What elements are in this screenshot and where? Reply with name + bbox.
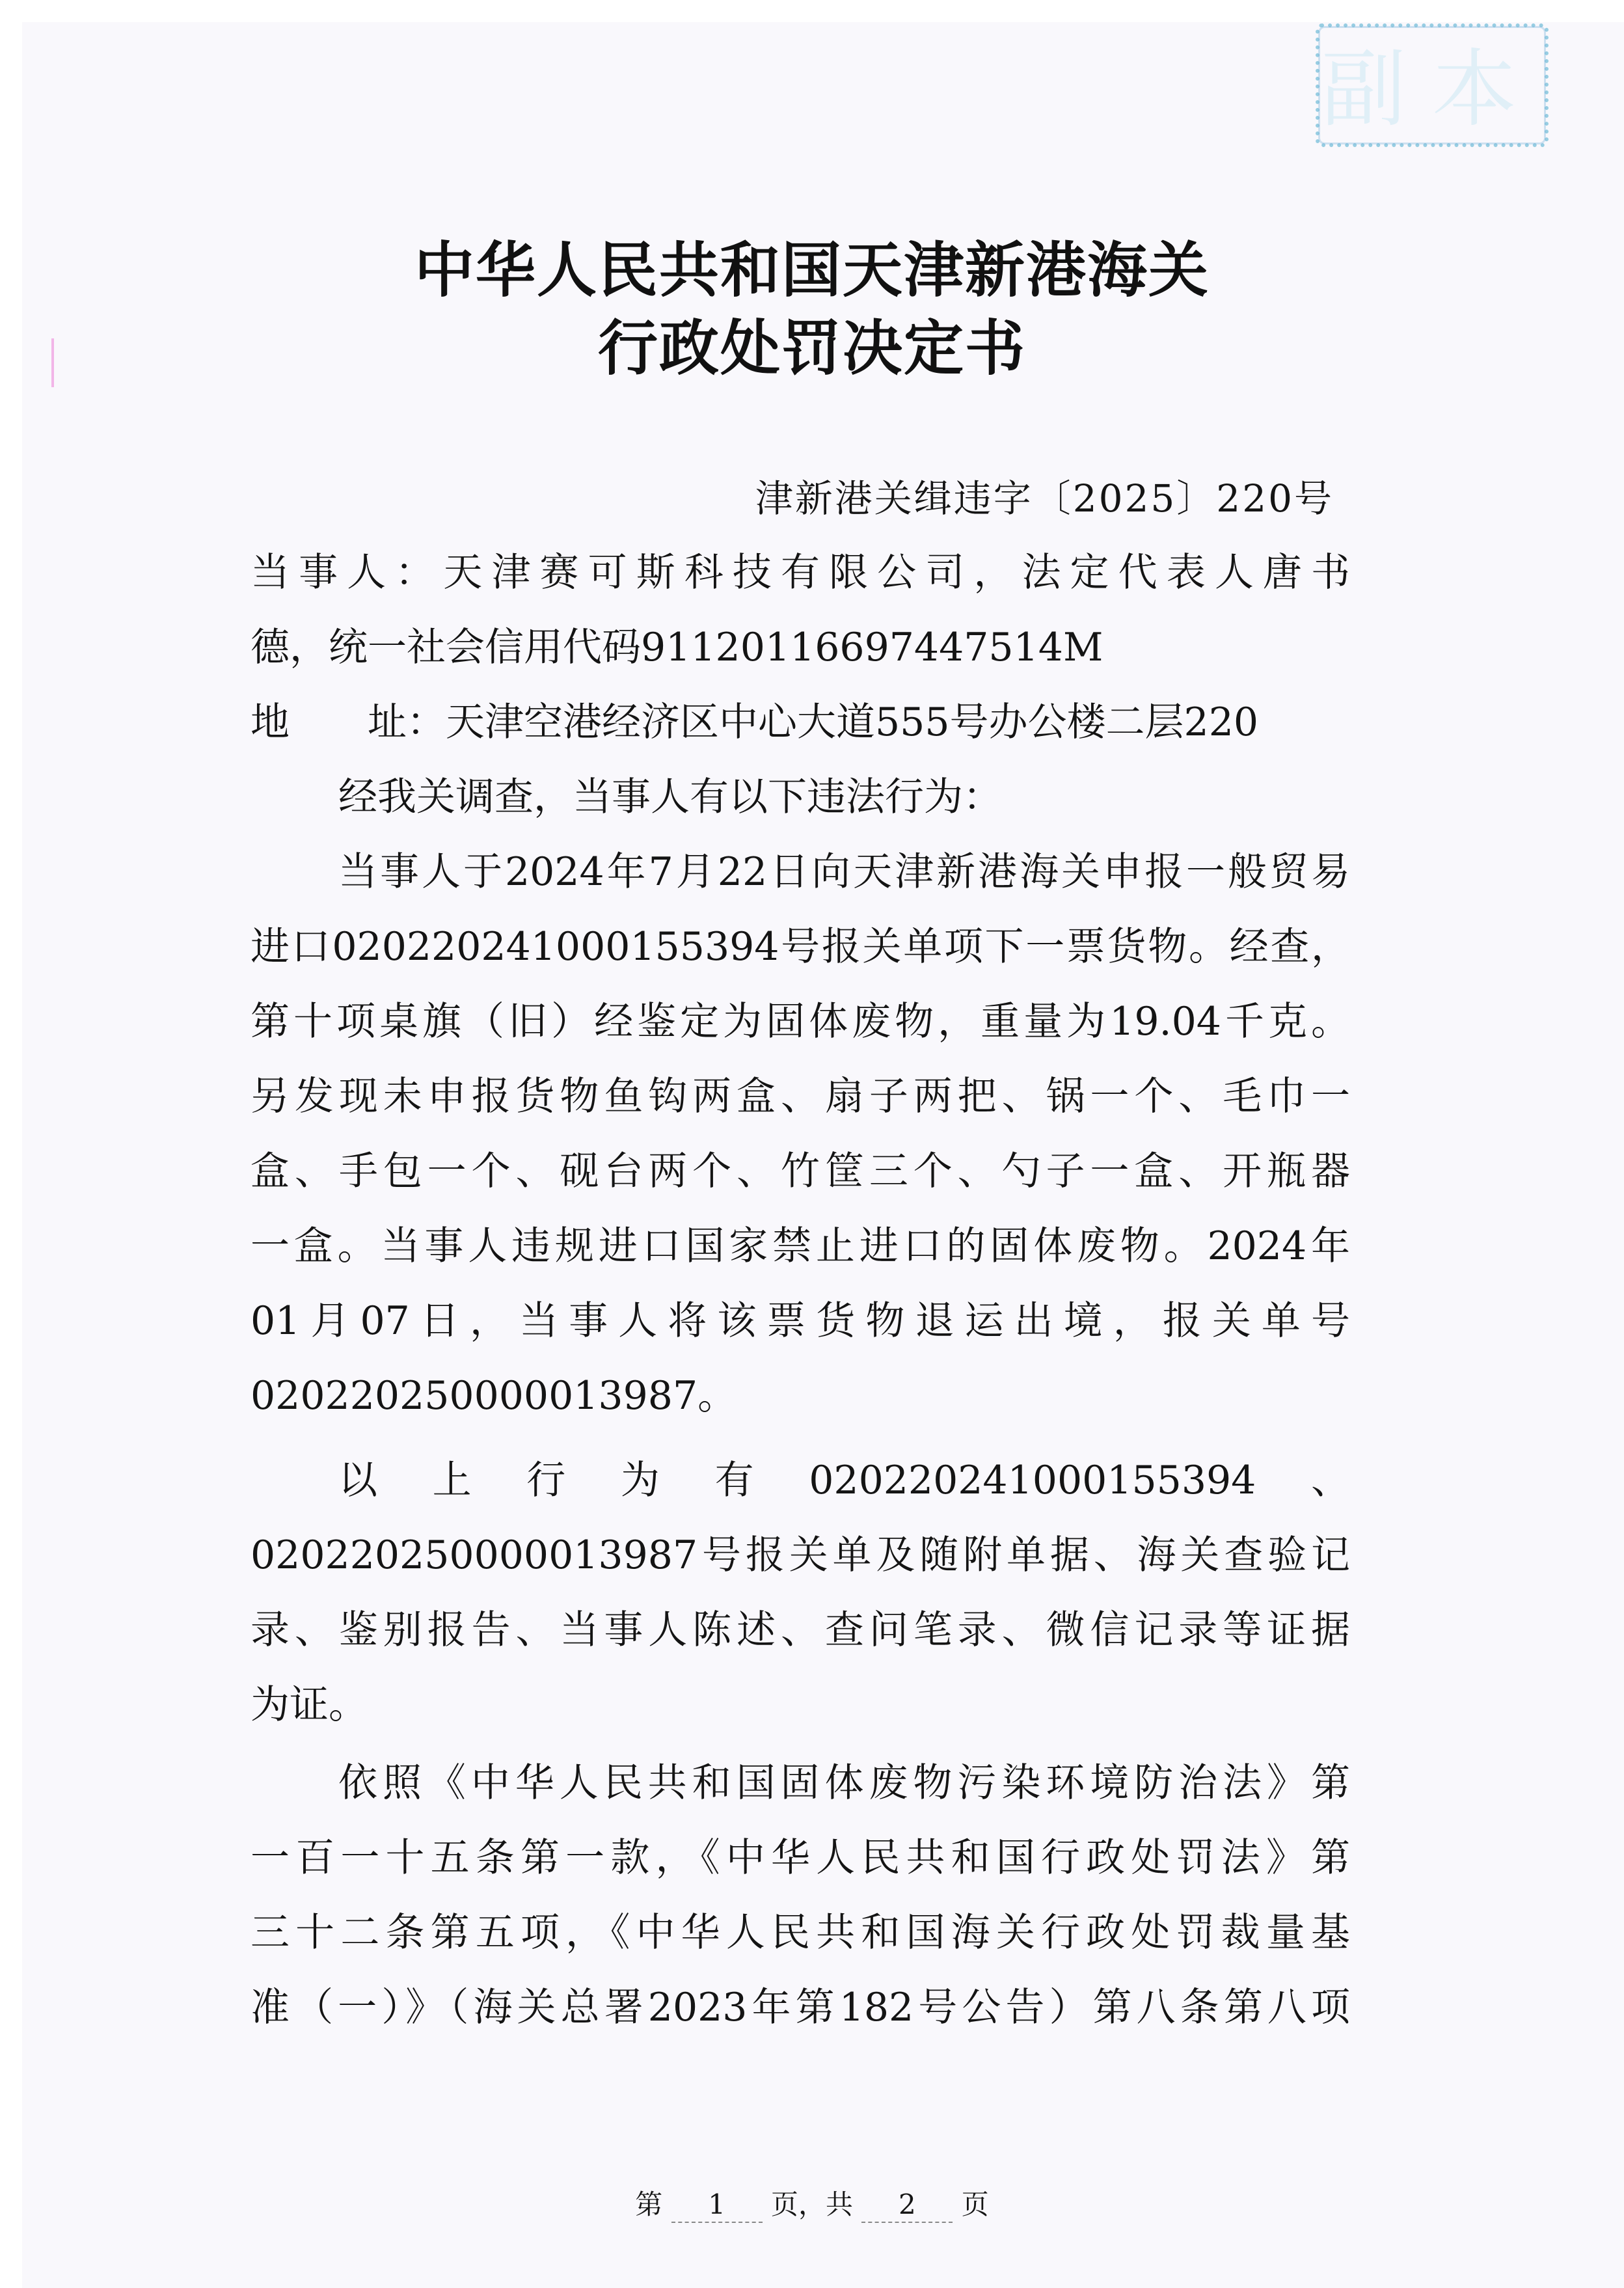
footer-middle: 页，共 <box>771 2188 853 2220</box>
body-line: 盒、手包一个、砚台两个、竹筐三个、勺子一盒、开瓶器 <box>250 1145 1350 1197</box>
party-line-1: 当事人：天津赛可斯科技有限公司，法定代表人唐书 <box>250 547 1350 599</box>
body-line: 进口020220241000155394号报关单项下一票货物。经查， <box>250 921 1350 973</box>
document-title-authority: 中华人民共和国天津新港海关 <box>0 234 1624 306</box>
total-page-count: 2 <box>861 2188 953 2223</box>
body-line: 020220250000013987号报关单及随附单据、海关查验记 <box>250 1529 1350 1581</box>
body-line: 另发现未申报货物鱼钩两盒、扇子两把、锅一个、毛巾一 <box>250 1070 1350 1123</box>
footer-prefix: 第 <box>635 2188 662 2220</box>
body-line: 以上行为有020220241000155394、 <box>338 1454 1350 1506</box>
body-line: 第十项桌旗（旧）经鉴定为固体废物，重量为19.04千克。 <box>250 996 1350 1048</box>
body-line: 录、鉴别报告、当事人陈述、查问笔录、微信记录等证据 <box>250 1604 1350 1656</box>
body-line: 为证。 <box>250 1679 368 1731</box>
page-footer: 第 1 页，共 2 页 <box>0 2185 1624 2224</box>
body-line: 一百一十五条第一款，《中华人民共和国行政处罚法》第 <box>250 1832 1350 1884</box>
body-line: 01月07日，当事人将该票货物退运出境，报关单号 <box>250 1295 1350 1347</box>
document-title-type: 行政处罚决定书 <box>0 312 1624 384</box>
body-line: 当事人于2024年7月22日向天津新港海关申报一般贸易 <box>338 846 1350 898</box>
address-value: 址：天津空港经济区中心大道555号办公楼二层220 <box>368 700 1258 745</box>
copy-stamp: 副本 <box>1316 23 1549 147</box>
current-page-number: 1 <box>671 2188 763 2223</box>
party-address: 地址：天津空港经济区中心大道555号办公楼二层220 <box>250 696 1258 748</box>
party-line-2: 德，统一社会信用代码91120116697447514M <box>250 621 1103 674</box>
body-line: 一盒。当事人违规进口国家禁止进口的固体废物。2024年 <box>250 1220 1350 1272</box>
body-line: 准（一）》（海关总署2023年第182号公告）第八条第八项 <box>250 1982 1350 2034</box>
body-line: 经我关调查，当事人有以下违法行为： <box>338 771 1002 823</box>
body-line: 三十二条第五项，《中华人民共和国海关行政处罚裁量基 <box>250 1907 1350 1959</box>
footer-suffix: 页 <box>962 2188 989 2220</box>
address-label-first: 地 <box>250 700 290 745</box>
body-line: 依照《中华人民共和国固体废物污染环境防治法》第 <box>338 1757 1350 1809</box>
document-number: 津新港关缉违字〔2025〕220号 <box>755 474 1334 523</box>
body-line: 020220250000013987。 <box>250 1370 737 1422</box>
copy-stamp-text: 副本 <box>1319 40 1545 138</box>
